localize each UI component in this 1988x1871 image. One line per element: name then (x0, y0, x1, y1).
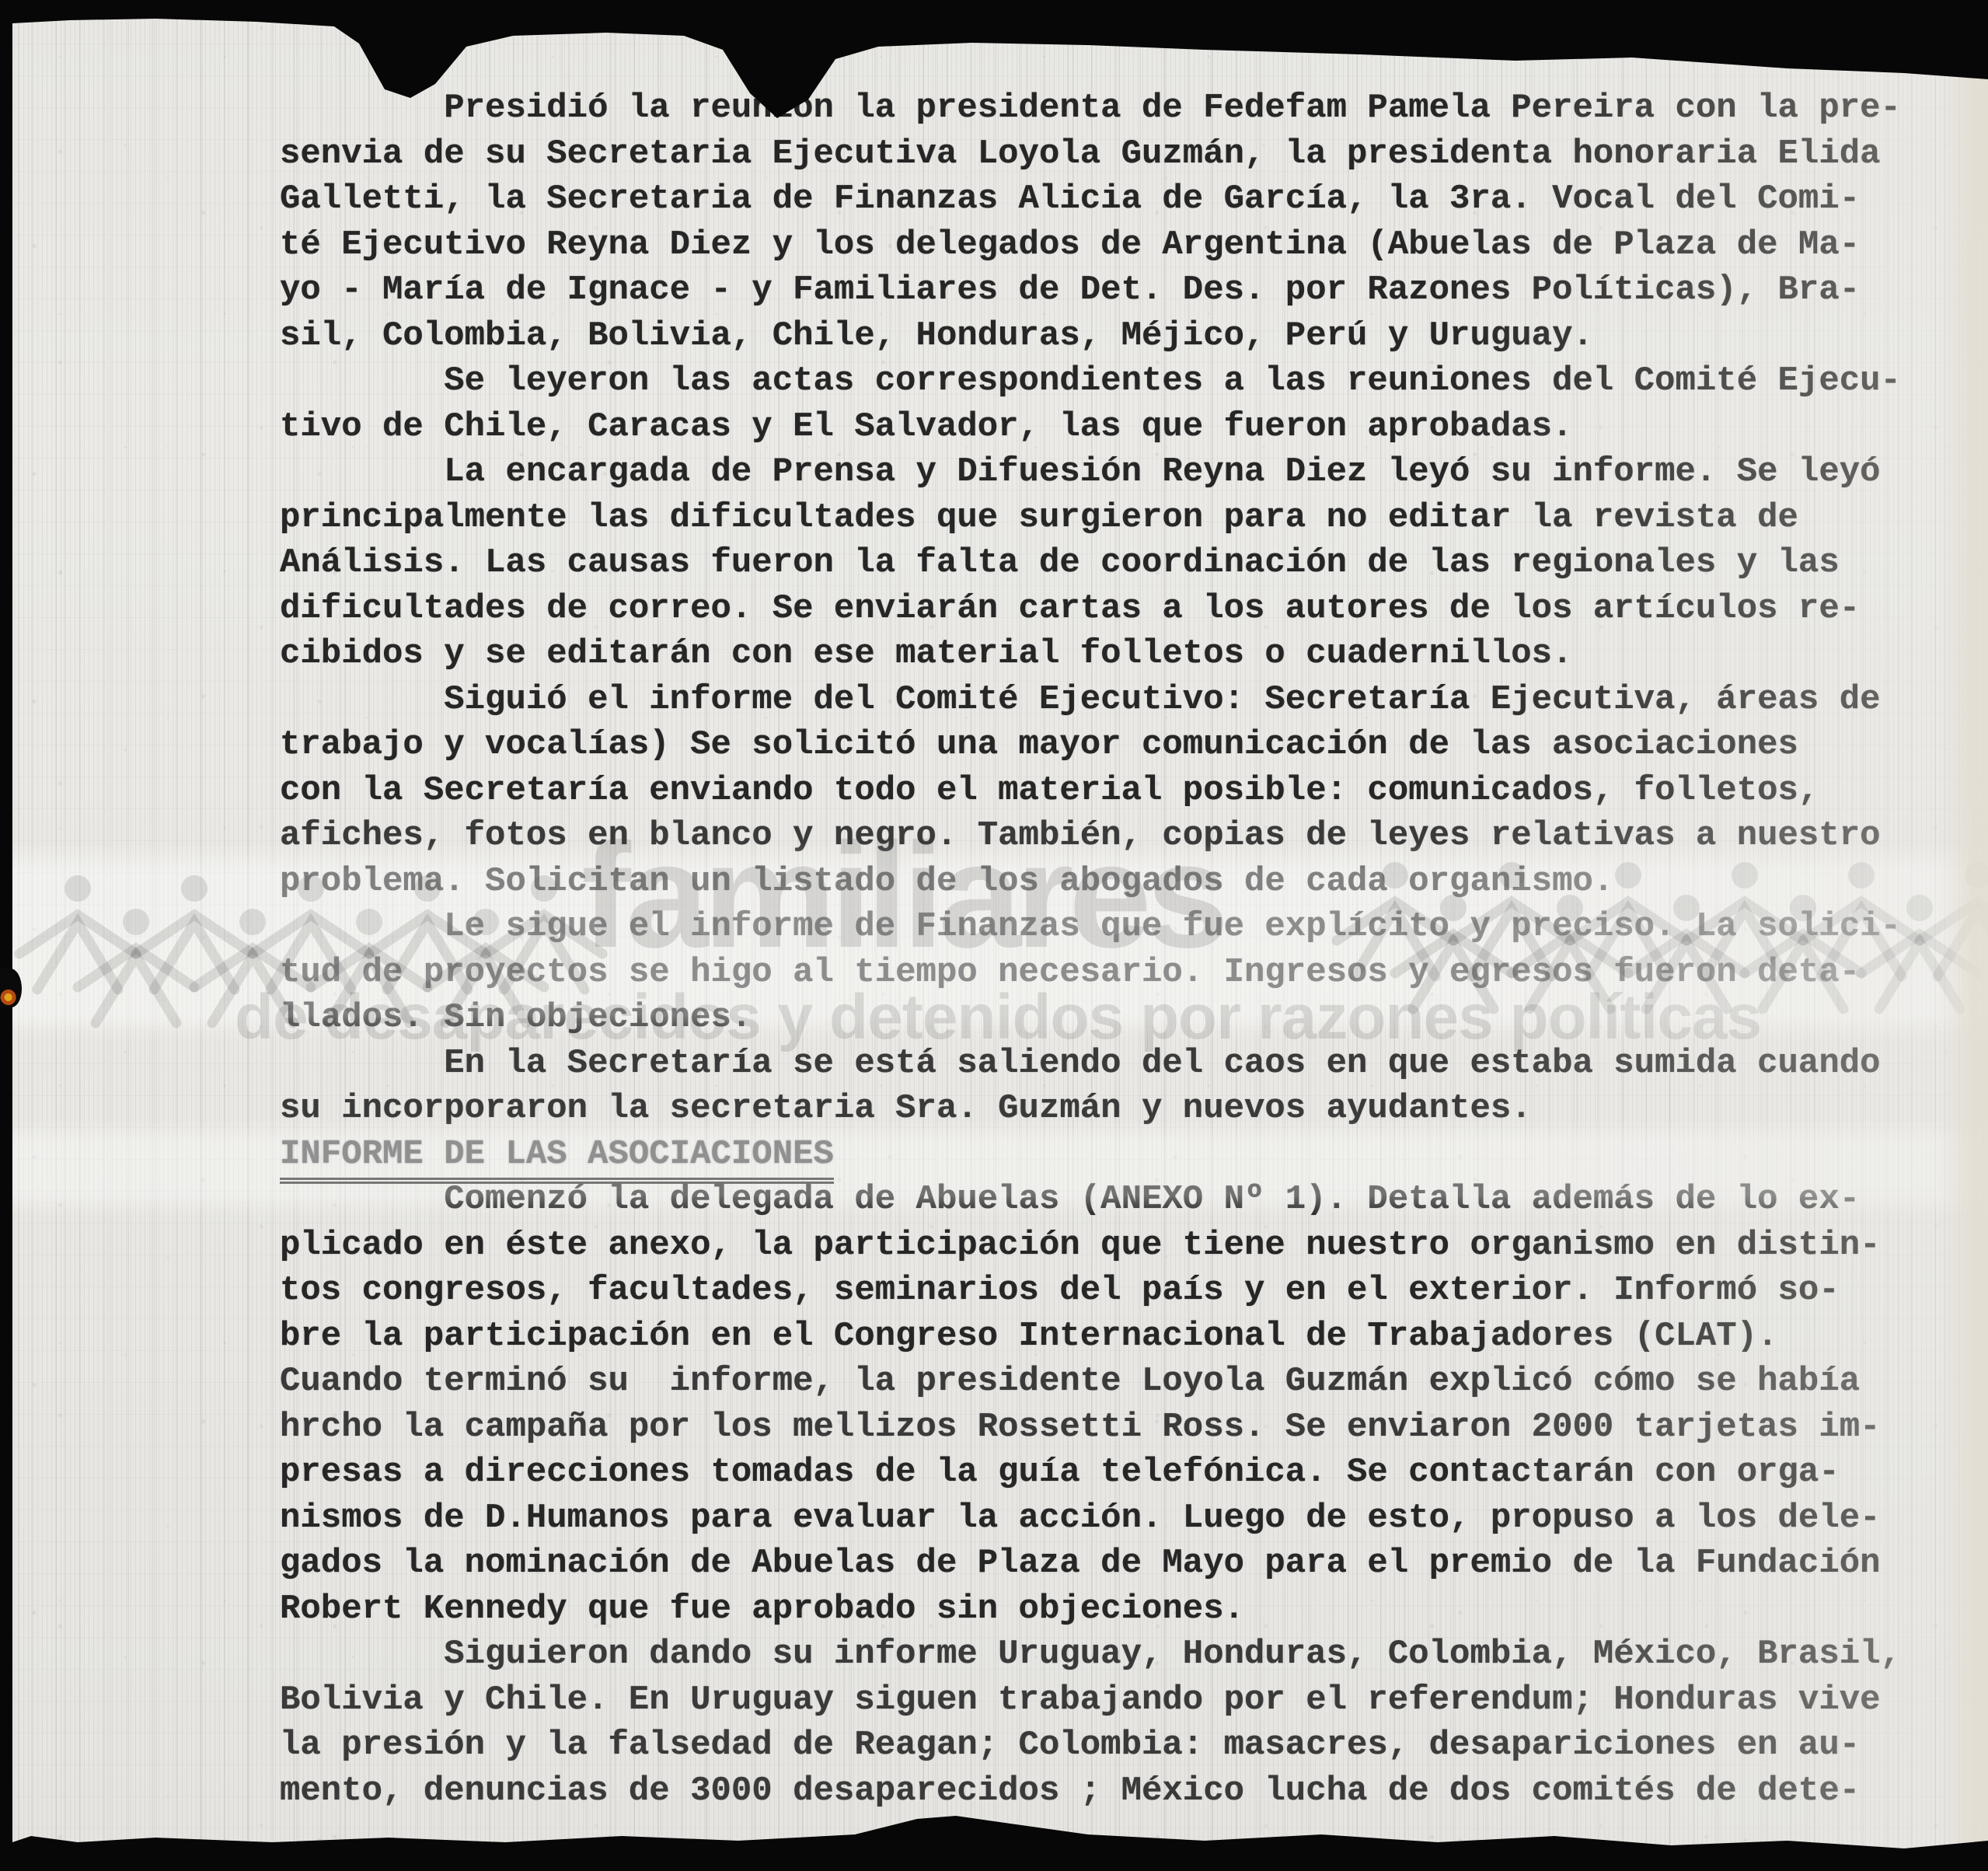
text-line: yo - María de Ignace - y Familiares de D… (280, 267, 1966, 313)
text-line: su incorporaron la secretaria Sra. Guzmá… (280, 1086, 1966, 1132)
text-line: Robert Kennedy que fue aprobado sin obje… (280, 1587, 1966, 1632)
text-line: Siguieron dando su informe Uruguay, Hond… (280, 1632, 1966, 1677)
text-line: sil, Colombia, Bolivia, Chile, Honduras,… (280, 313, 1966, 359)
text-line: principalmente las dificultades que surg… (280, 495, 1966, 541)
text-line: Le sigue el informe de Finanzas que fue … (280, 904, 1966, 950)
text-line: Cuando terminó su informe, la presidente… (280, 1359, 1966, 1405)
text-line: Se leyeron las actas correspondientes a … (280, 358, 1966, 404)
text-line: llados. Sin objeciones. (280, 995, 1966, 1041)
text-line: trabajo y vocalías) Se solicitó una mayo… (280, 722, 1966, 768)
text-line: con la Secretaría enviando todo el mater… (280, 768, 1966, 814)
text-line: gados la nominación de Abuelas de Plaza … (280, 1541, 1966, 1587)
section-heading-row: INFORME DE LAS ASOCIACIONES (280, 1132, 1966, 1178)
text-line: tivo de Chile, Caracas y El Salvador, la… (280, 404, 1966, 450)
text-line: tos congresos, facultades, seminarios de… (280, 1268, 1966, 1314)
section-heading: INFORME DE LAS ASOCIACIONES (280, 1132, 834, 1185)
text-line: Presidió la reunión la presidenta de Fed… (280, 86, 1966, 131)
text-line: plicado en éste anexo, la participación … (280, 1223, 1966, 1269)
text-line: nismos de D.Humanos para evaluar la acci… (280, 1496, 1966, 1541)
text-line: problema. Solicitan un listado de los ab… (280, 859, 1966, 905)
text-line: la presión y la falsedad de Reagan; Colo… (280, 1723, 1966, 1768)
document-page: Presidió la reunión la presidenta de Fed… (0, 0, 1988, 1871)
text-line: té Ejecutivo Reyna Diez y los delegados … (280, 222, 1966, 268)
text-line: dificultades de correo. Se enviarán cart… (280, 586, 1966, 632)
text-line: cibidos y se editarán con ese material f… (280, 631, 1966, 677)
text-line: afiches, fotos en blanco y negro. Tambié… (280, 813, 1966, 859)
text-line: Análisis. Las causas fueron la falta de … (280, 540, 1966, 586)
scan-edge-blob (0, 969, 22, 1007)
text-line: Siguió el informe del Comité Ejecutivo: … (280, 677, 1966, 723)
text-line: Comenzó la delegada de Abuelas (ANEXO Nº… (280, 1177, 1966, 1223)
text-line: tud de proyectos se higo al tiempo neces… (280, 950, 1966, 996)
text-line: Bolivia y Chile. En Uruguay siguen traba… (280, 1677, 1966, 1723)
text-line: mento, denuncias de 3000 desaparecidos ;… (280, 1768, 1966, 1814)
text-line: senvia de su Secretaria Ejecutiva Loyola… (280, 131, 1966, 177)
text-line: Galletti, la Secretaria de Finanzas Alic… (280, 176, 1966, 222)
text-line: La encargada de Prensa y Difuesión Reyna… (280, 449, 1966, 495)
text-line: hrcho la campaña por los mellizos Rosset… (280, 1405, 1966, 1450)
typewritten-text-block: Presidió la reunión la presidenta de Fed… (280, 86, 1966, 1813)
text-line: En la Secretaría se está saliendo del ca… (280, 1041, 1966, 1087)
text-line: bre la participación en el Congreso Inte… (280, 1314, 1966, 1360)
text-line: presas a direcciones tomadas de la guía … (280, 1450, 1966, 1496)
